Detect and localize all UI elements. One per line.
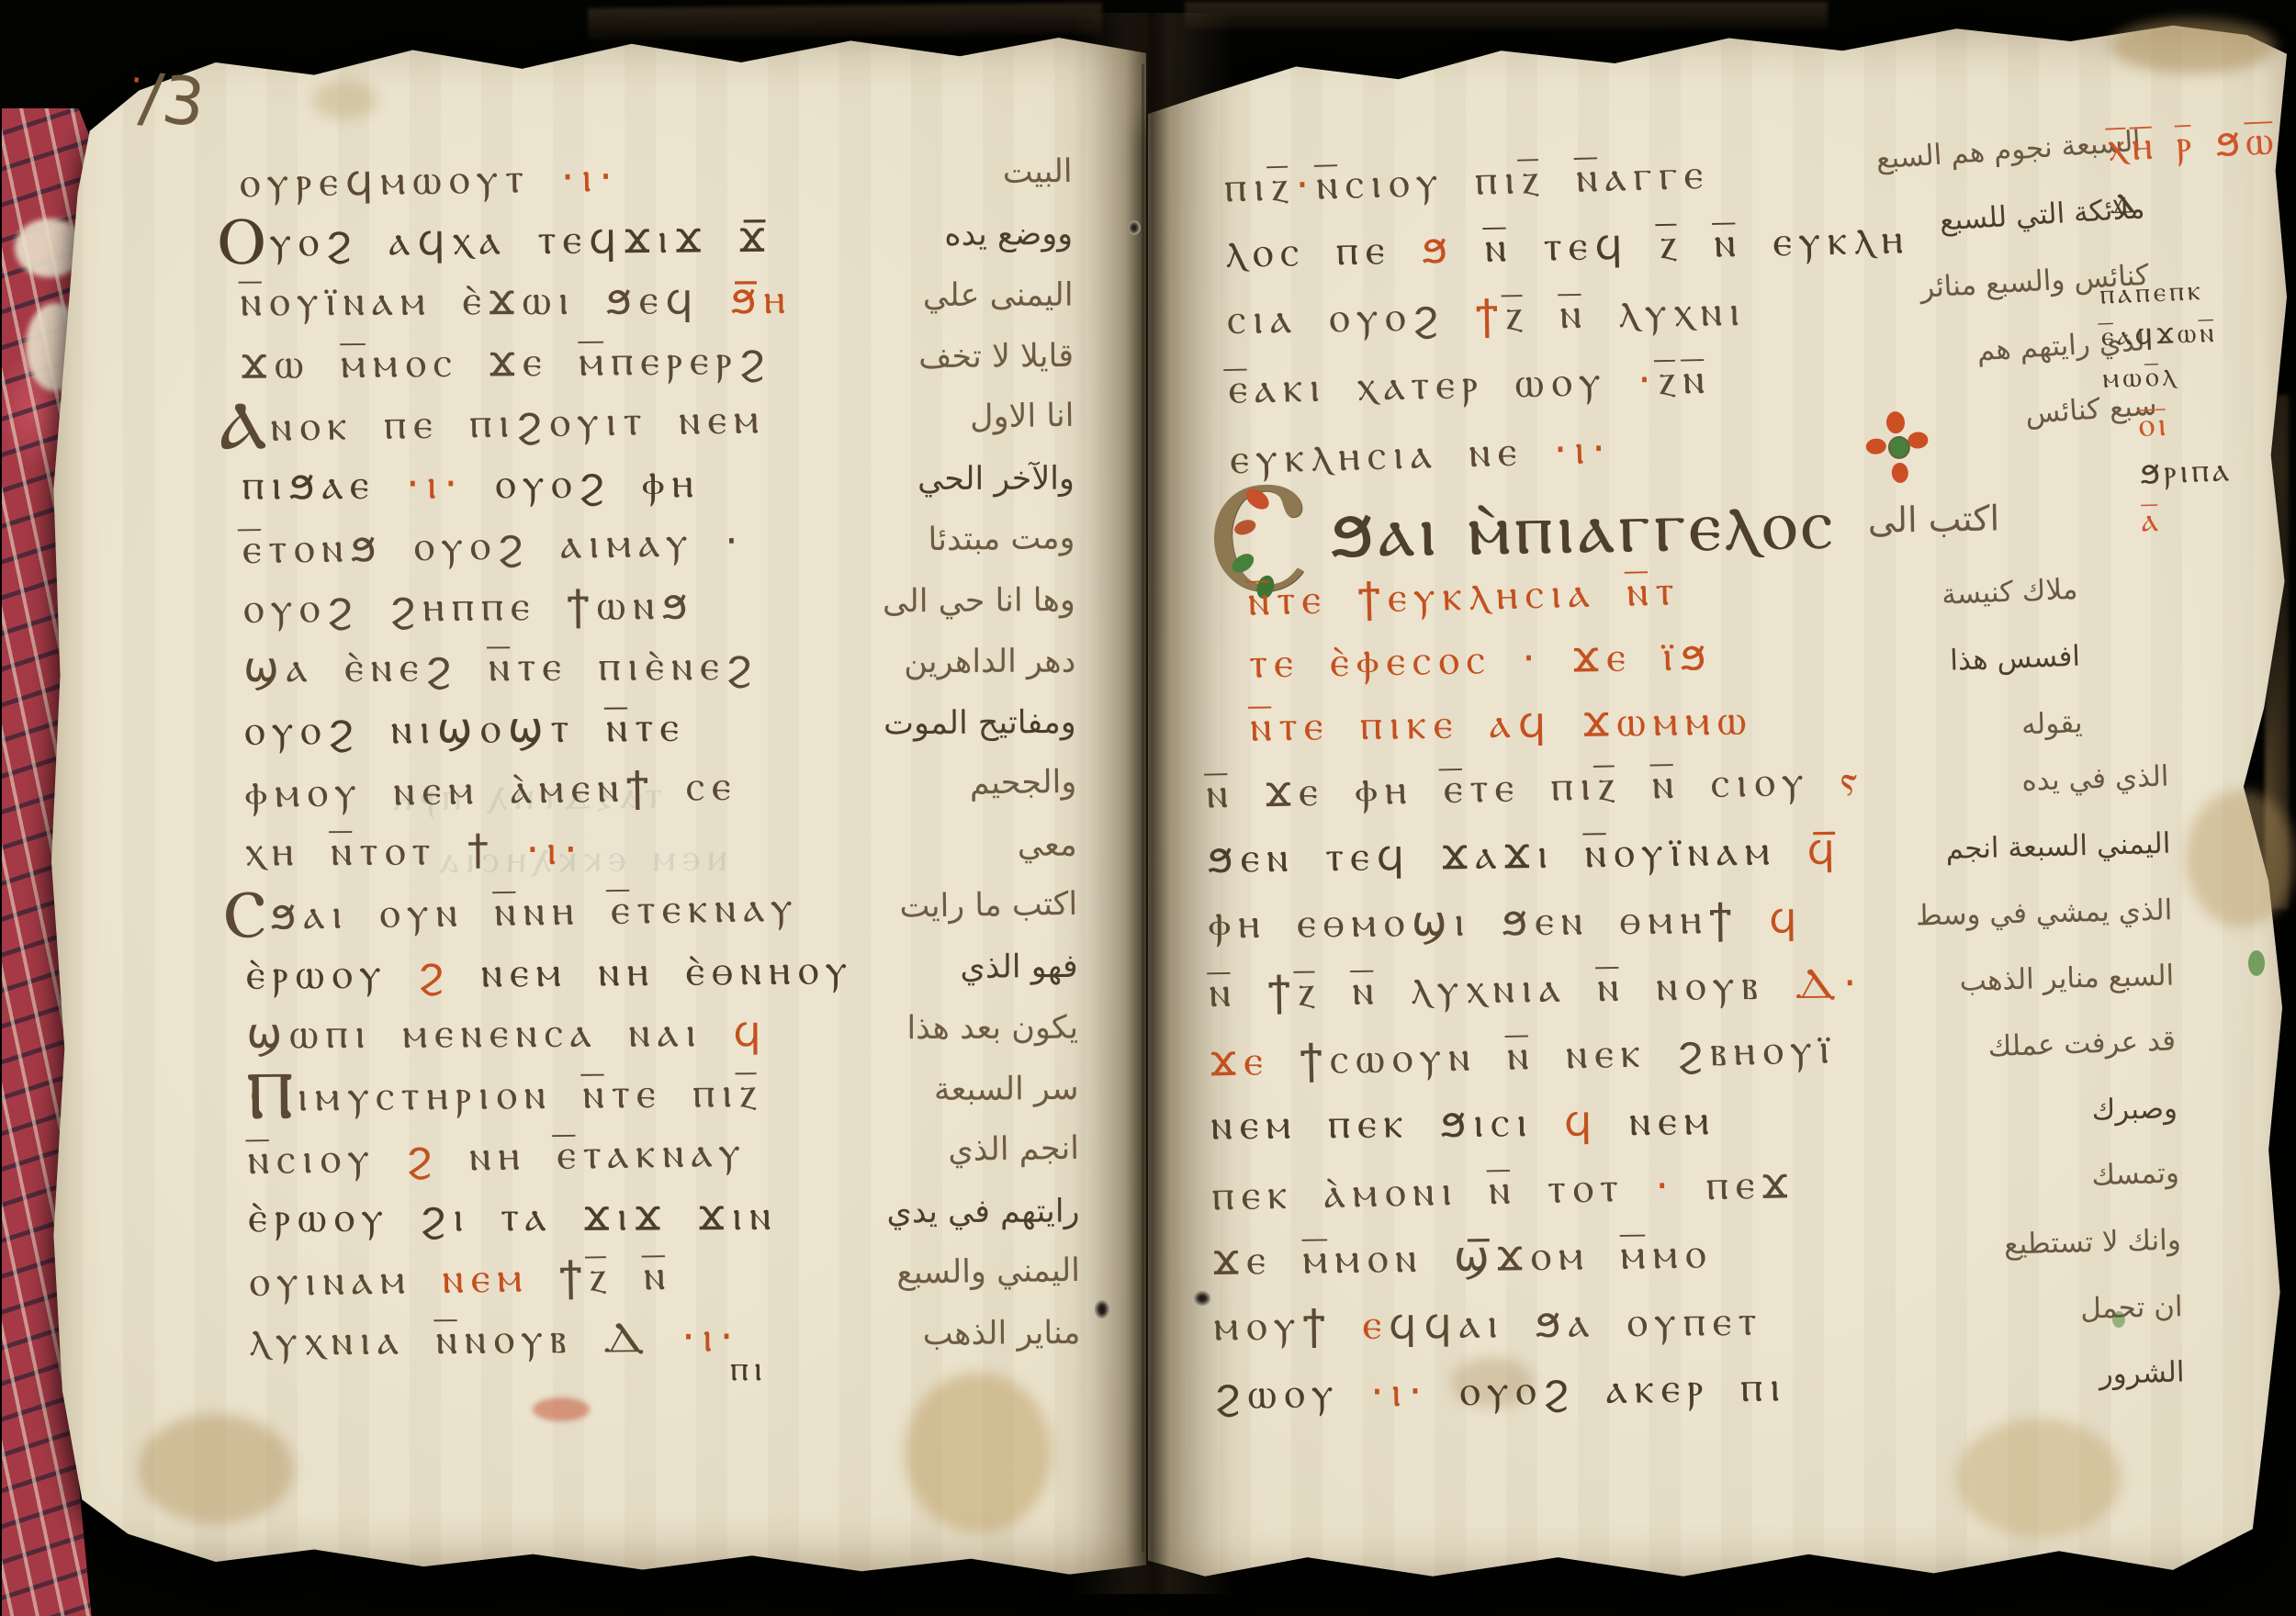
text-line: الذي في يده	[1855, 743, 2169, 819]
text-line: السبع مناير الذهب	[1861, 943, 2175, 1017]
text-line: ϫⲉ ϯⲥⲱⲟⲩⲛ ⲛ̅ ⲛⲉⲕ ϩⲃⲏⲟⲩⲓ̈	[1210, 1015, 1870, 1095]
stain	[1956, 1419, 2122, 1538]
text-line: اليمني والسبع	[798, 1240, 1080, 1306]
text-segment: ⲛⲉⲙ ⲡⲉⲕ ϧⲓⲥⲓ	[1210, 1096, 1564, 1150]
text-segment: ووضع يده	[944, 215, 1073, 252]
text-line: ϣⲱⲡⲓ ⲙⲉⲛⲉⲛⲥⲁ ⲛⲁⲓ ϥ	[246, 1001, 854, 1064]
text-segment: مناير الذهب	[923, 1314, 1081, 1352]
text-line: ⲙⲟⲩϯ ⲉϥϥⲁⲓ ϧⲁ ⲟⲩⲡⲉⲧ	[1213, 1286, 1873, 1360]
text-segment: ϯ	[1475, 289, 1506, 340]
rosette-red-dot	[1865, 438, 1886, 454]
text-line: ⲫⲙⲟⲩ ⲛⲉⲙ ⲁ̀ⲙⲉⲛϯ ⲥⲉ	[244, 753, 853, 824]
text-segment: ⲉ̀ⲣⲱⲟⲩ	[246, 948, 419, 999]
text-segment: ⲛ̅ⲧⲉ ⲡⲓⲕⲉ ⲁϥ ϫⲱⲙⲙⲱ	[1250, 694, 1754, 750]
text-line: ملاك كنيسة	[1796, 556, 2079, 634]
text-segment: ⲛ̅ⲟⲩⲓ̈ⲛⲁⲙ ⲉ̀ϫⲱⲓ ϧⲉϥ	[241, 274, 731, 325]
text-segment: ⲛⲟⲕ ⲡⲉ ⲡⲓϩⲟⲩⲓⲧ ⲛⲉⲙ	[270, 393, 766, 450]
text-line: ϫⲱ ⲙ̅ⲙⲟⲥ ϫⲉ ⲙ̅ⲡⲉⲣⲉⲣϩ	[241, 328, 850, 394]
text-segment: البيت	[1002, 153, 1072, 191]
text-segment: ϥ	[1769, 892, 1805, 942]
text-segment: ملاك كنيسة	[1941, 573, 2078, 612]
text-segment: ϯⲥⲱⲟⲩⲛ ⲛ̅ ⲛⲉⲕ ϩⲃⲏⲟⲩⲓ̈	[1269, 1023, 1837, 1084]
text-segment: ⲙⲱⲟ̅ⲗ	[2102, 360, 2179, 395]
text-line: ⲉ̅ⲁϥϫⲱⲛ̅	[2100, 312, 2218, 358]
text-segment: ⲉ̅ⲁⲕⲓ ⲭⲁⲧⲉⲣ ⲱⲟⲩ	[1228, 354, 1638, 412]
text-segment: ⲟⲩⲟϩ ⲁⲕⲉⲣ ⲡⲓ	[1429, 1361, 1788, 1415]
heading-arabic-text: اكتب الى	[1867, 498, 1999, 540]
text-line: رايتهم في يدي	[798, 1181, 1079, 1242]
text-line: ⲁ̅	[2141, 494, 2235, 544]
text-segment: ·ⲓ·	[496, 824, 585, 873]
text-segment: ⲫⲏ ⲉⲑⲙⲟϣⲓ ϧⲉⲛ ⲑⲙⲏϯ	[1208, 893, 1769, 948]
text-segment: ⲡⲁⲡⲉⲡⲕ	[2099, 275, 2204, 311]
text-line: والآخر الحي	[793, 448, 1075, 510]
margin-notes-black: ⲡⲁⲡⲉⲡⲕⲉ̅ⲁϥϫⲱⲛ̅ⲙⲱⲟ̅ⲗ	[2099, 270, 2220, 400]
text-segment: ϩ	[418, 947, 451, 996]
text-segment: Ⲥ	[223, 875, 271, 953]
text-segment: ⲟⲩⲓⲛⲁⲙ	[249, 1253, 443, 1306]
text-line: قايلا لا تخف	[793, 325, 1074, 388]
text-segment: اليمني السبعة انجم	[1945, 827, 2171, 866]
text-line: ϧⲣⲓⲡⲁ	[2139, 446, 2234, 497]
text-segment: ⲇ	[2109, 175, 2144, 223]
worm-hole	[1194, 1291, 1210, 1306]
text-segment: ⲛⲉⲙ	[442, 1251, 530, 1302]
text-segment: يكون بعد هذا	[906, 1010, 1078, 1047]
text-line: ومفاتيح الموت	[795, 691, 1076, 755]
stain	[2186, 790, 2296, 927]
text-segment: اليمنى علي	[923, 277, 1074, 314]
text-segment: Ⲡ	[245, 1056, 298, 1133]
text-segment: Ⲟ	[218, 201, 270, 278]
text-segment: ⲛⲉⲙ	[1599, 1094, 1716, 1145]
text-segment: ϥϥⲁⲓ ϧⲁ ⲟⲩⲡⲉⲧ	[1389, 1296, 1764, 1349]
text-line: اكتب ما رايت	[796, 874, 1078, 939]
text-line: ϫⲉ ⲙ̅ⲙⲟⲛ ϣ̅ϫⲟⲙ ⲙ̅ⲙⲟ	[1212, 1218, 1872, 1294]
text-segment: ϥ	[1564, 1095, 1600, 1145]
text-segment: انا الاول	[970, 398, 1075, 436]
text-line: ϩⲱⲟⲩ ·ⲓ· ⲟⲩⲟϩ ⲁⲕⲉⲣ ⲡⲓ	[1214, 1352, 1874, 1428]
text-segment: ⲥⲓⲁ ⲟⲩⲟϩ	[1227, 290, 1476, 343]
text-segment: ⲛ̅ ϫⲉ ⲫⲏ ⲉ̅ⲧⲉ ⲡⲓⲍ̅ ⲛ̅ ⲥⲓⲟⲩ	[1206, 755, 1841, 817]
text-segment: والجحيم	[970, 764, 1077, 802]
red-smear	[533, 1397, 590, 1421]
text-line: ⲉ̀ⲣⲱⲟⲩ ϩ ⲛⲉⲙ ⲛⲏ ⲉ̀ⲑⲛⲏⲟⲩ	[246, 938, 855, 1004]
text-line: انجم الذي	[798, 1118, 1080, 1184]
text-segment: والآخر الحي	[917, 460, 1075, 497]
text-segment: ⲡⲉϫ	[1675, 1158, 1795, 1210]
text-segment: Ⲁ	[219, 387, 271, 465]
text-segment: معي	[1018, 826, 1077, 863]
text-line: قد عرفت عملك	[1863, 1007, 2177, 1083]
text-segment: سر السبعة	[934, 1070, 1079, 1107]
text-line: ⲛ̅ⲧⲉ ϯⲉⲩⲕⲗⲏⲥⲓⲁ ⲛ̅ⲧ	[1247, 555, 1752, 632]
text-line: ⲭ̅ⲏ̅ ⲣ̅ ϧⲱ̅	[2107, 114, 2279, 174]
text-segment: ⲧⲉ ⲉ̀ⲫⲉⲥⲟⲥ · ϫⲉ ⲓ̈ϧ	[1249, 630, 1714, 688]
rubric-text: ⲛ̅ⲧⲉ ϯⲉⲩⲕⲗⲏⲥⲓⲁ ⲛ̅ⲧⲧⲉ ⲉ̀ⲫⲉⲥⲟⲥ · ϫⲉ ⲓ̈ϧⲛ̅ⲧ…	[1247, 557, 1754, 759]
text-line: الشرور	[1872, 1339, 2186, 1413]
text-segment: وها انا حي الى	[883, 581, 1075, 619]
folio-number: ·∕3	[124, 56, 208, 141]
manuscript-photo: ⲧⲁⲝⲇⲧⲏⲗ ⲡⲣⲏ ⲛⲉⲙ ⲉⲕⲕⲗⲏⲥⲓⲁ ·∕3 ⲟⲩⲣⲉϥⲙⲱⲟⲩⲧ …	[0, 0, 2296, 1616]
text-segment: ⲟⲩⲟϩ ⲛⲓϣⲟϣⲧ ⲛ̅ⲧⲉ	[243, 701, 686, 754]
text-line: ⲟ̅ⲓ̅	[2137, 398, 2232, 450]
text-line: ⲛ̅ ϯⲍ̅ ⲛ̅ ⲗⲩⲭⲛⲓⲁ ⲛ̅ ⲛⲟⲩⲃ Ⲇ·	[1209, 949, 1868, 1026]
text-segment: اكتب ما رايت	[899, 886, 1077, 926]
text-segment: ϧⲣⲓⲡⲁ	[2139, 451, 2233, 492]
text-segment: قايلا لا تخف	[918, 337, 1074, 375]
text-line: ϧⲉⲛ ⲧⲉϥ ϫⲁϫⲓ ⲛ̅ⲟⲩⲓ̈ⲛⲁⲙ ϥ̅	[1207, 815, 1866, 892]
text-segment: ⲟ̅ⲓ̅	[2137, 406, 2170, 444]
text-segment: ⲛ̅ⲥⲓⲟⲩ ⲡⲓⲍ̅ ⲛ̅ⲁⲅⲅⲉ	[1316, 149, 1711, 209]
text-segment: ϩ	[406, 1131, 440, 1182]
text-segment: ·ⲓ·	[1370, 1366, 1430, 1417]
text-segment: Ⲇ·	[1795, 958, 1864, 1008]
text-line: ومت مبتدئا	[793, 508, 1075, 573]
text-segment: ·	[1295, 160, 1317, 210]
text-line: ⲟⲩⲣⲉϥⲙⲱⲟⲩⲧ ·ⲓ·	[239, 142, 848, 213]
text-line: ⲛ̅ ϫⲉ ⲫⲏ ⲉ̅ⲧⲉ ⲡⲓⲍ̅ ⲛ̅ ⲥⲓⲟⲩ ⲋ	[1206, 746, 1866, 827]
text-segment: الذي يمشي في وسط	[1916, 893, 2173, 932]
text-segment: انجم الذي	[948, 1130, 1079, 1169]
green-speck	[2248, 950, 2265, 976]
text-segment: ·ⲓ·	[531, 151, 621, 203]
text-segment: ⲛⲉⲙ ⲛⲏ ⲉ̀ⲑⲛⲏⲟⲩ	[451, 944, 854, 997]
text-segment: ⲉ̅ⲧⲟⲛϧ ⲟⲩⲟϩ ⲁⲓⲙⲁⲩ ·	[242, 516, 747, 574]
text-line: اليمنى علي	[792, 265, 1073, 327]
stain	[312, 81, 377, 119]
text-line: Ⲁⲛⲟⲕ ⲡⲉ ⲡⲓϩⲟⲩⲓⲧ ⲛⲉⲙ	[241, 387, 850, 457]
text-segment: قد عرفت عملك	[1987, 1024, 2177, 1063]
text-segment: ⲛ̅ⲧⲉ ϯⲉⲩⲕⲗⲏⲥⲓⲁ ⲛ̅ⲧ	[1247, 565, 1682, 625]
text-segment: وصبرك	[2091, 1092, 2178, 1127]
text-segment: ⲙⲟⲩϯ	[1213, 1299, 1363, 1351]
text-segment: ·	[1638, 354, 1660, 404]
text-segment: يقوله	[2021, 706, 2083, 741]
text-segment: ϫⲱ ⲙ̅ⲙⲟⲥ ϫⲉ ⲙ̅ⲡⲉⲣⲉⲣϩ	[241, 333, 772, 387]
text-line: ⲡⲉⲕ ⲁ̀ⲙⲟⲛⲓ ⲛ̅ ⲧⲟⲧ · ⲡⲉϫ	[1211, 1148, 1872, 1229]
stain	[138, 1414, 294, 1524]
text-segment: ⲟⲩⲟϩ ϩⲏⲡⲡⲉ ϯⲱⲛϧ	[242, 578, 695, 632]
text-segment: ⲉ̅ⲁϥϫⲱⲛ̅	[2100, 317, 2218, 353]
text-segment: ·ⲓ·	[651, 1311, 740, 1362]
text-segment: ومت مبتدئا	[928, 520, 1075, 558]
text-segment: ⲁ̅	[2141, 501, 2162, 540]
text-line: ⲉ̀ⲣⲱⲟⲩ ϩⲓ ⲧⲁ ϫⲓϫ ϫⲓⲛ	[248, 1184, 856, 1247]
text-segment: ⲉ	[1362, 1299, 1389, 1349]
text-line: دهر الداهرين	[794, 632, 1075, 693]
text-segment: ومفاتيح الموت	[884, 703, 1076, 741]
text-line: ⲟⲩⲓⲛⲁⲙ ⲛⲉⲙ ϯⲍ̅ ⲛ̅	[248, 1241, 857, 1312]
catchword: ⲡⲓ	[730, 1348, 768, 1389]
text-segment: الشرور	[2099, 1355, 2185, 1390]
text-segment: ·	[1655, 1161, 1677, 1210]
text-segment: ϧ̅ⲏ	[730, 274, 793, 323]
text-line: ⲭⲏ ⲛ̅ⲧⲟⲧ † ·ⲓ·	[245, 817, 853, 881]
text-line: معي	[796, 814, 1077, 876]
text-segment: ⲛ̅ⲥⲓⲟⲩ	[247, 1131, 407, 1184]
left-coptic-text: ⲟⲩⲣⲉϥⲙⲱⲟⲩⲧ ·ⲓ·Ⲟⲩⲟϩ ⲁϥⲭⲁ ⲧⲉϥϫⲓϫ ϫ̅ⲛ̅ⲟⲩⲓ̈ⲛ…	[239, 144, 858, 1371]
text-line: وانك لا تستطيع	[1868, 1207, 2182, 1282]
text-line: ⲡⲓϧⲁⲉ ·ⲓ· ⲟⲩⲟϩ ⲫⲏ	[242, 451, 850, 514]
text-segment: الذي في يده	[2021, 759, 2169, 797]
rosette-red-dot	[1908, 432, 1929, 449]
text-line: Ⲟⲩⲟϩ ⲁϥⲭⲁ ⲧⲉϥϫⲓϫ ϫ̅	[240, 206, 849, 272]
text-line: البيت	[791, 141, 1073, 207]
text-segment: السبعة نجوم هم السبع	[1875, 125, 2142, 176]
text-segment: ⲗⲩⲭⲛⲓⲁ ⲛ̅ⲛⲟⲩⲃ Ⲇ	[249, 1312, 652, 1365]
text-segment: ϥ	[733, 1006, 769, 1056]
stain	[2110, 18, 2276, 73]
text-line: ⲇ	[2109, 168, 2281, 227]
text-segment: ϫⲉ ⲙ̅ⲙⲟⲛ ϣ̅ϫⲟⲙ ⲙ̅ⲙⲟ	[1212, 1228, 1713, 1285]
text-line: ⲛ̅ⲥⲓⲟⲩ ϩ ⲛⲏ ⲉ̅ⲧⲁⲕⲛⲁⲩ	[247, 1119, 856, 1190]
text-segment: افسس هذا	[1950, 640, 2081, 678]
text-segment: ·ⲓ·	[406, 458, 465, 508]
text-segment: وانك لا تستطيع	[2004, 1223, 2182, 1261]
text-segment: فهو الذي	[960, 948, 1078, 985]
text-segment: ϥ̅	[1806, 824, 1842, 874]
text-line: يكون بعد هذا	[797, 998, 1078, 1060]
text-line: اليمني السبعة انجم	[1858, 811, 2172, 885]
text-line: فهو الذي	[796, 936, 1077, 999]
text-segment: ⲭ̅ⲏ̅ ⲣ̅ ϧⲱ̅	[2107, 117, 2279, 171]
worm-hole	[1128, 220, 1141, 235]
text-segment: وتمسك	[2091, 1156, 2179, 1192]
text-segment: ⲭⲏ ⲛ̅ⲧⲟⲧ †	[245, 825, 496, 875]
text-segment: ϣⲁ ⲉ̀ⲛⲉϩ ⲛ̅ⲧⲉ ⲡⲓⲉ̀ⲛⲉϩ	[243, 640, 760, 691]
left-arabic-text: البيتووضع يدهاليمنى عليقايلا لا تخفانا ا…	[791, 142, 1080, 1365]
text-segment: ان تحمل	[2080, 1290, 2183, 1325]
text-line: ⲥⲓⲁ ⲟⲩⲟϩ ϯⲍ̅ ⲛ̅ ⲗⲩⲭⲛⲓ	[1226, 274, 1912, 353]
text-line: وتمسك	[1866, 1139, 2180, 1216]
text-segment: ⲓⲙⲩⲥⲧⲏⲣⲓⲟⲛ ⲛ̅ⲧⲉ ⲡⲓⲍ̅	[298, 1066, 764, 1119]
text-segment: ⲡⲓϧⲁⲉ	[242, 458, 406, 509]
text-segment: ⲍ̅ⲛ̅	[1658, 353, 1712, 404]
text-segment: ⲩⲟϩ ⲁϥⲭⲁ ⲧⲉϥϫⲓϫ ϫ̅	[269, 211, 772, 265]
text-line: ⲡⲁⲡⲉⲡⲕ	[2099, 269, 2216, 316]
stain	[905, 1373, 1052, 1533]
text-line: ⲟⲩⲟϩ ⲛⲓϣⲟϣⲧ ⲛ̅ⲧⲉ	[243, 694, 852, 760]
text-segment: السبع مناير الذهب	[1959, 959, 2174, 998]
text-line: ⲟⲩⲟϩ ϩⲏⲡⲡⲉ ϯⲱⲛϧ	[242, 572, 851, 638]
text-line: ⲉ̅ⲧⲟⲛϧ ⲟⲩⲟϩ ⲁⲓⲙⲁⲩ ·	[242, 509, 850, 579]
body-arabic-text: الذي في يدهاليمني السبعة انجمالذي يمشي ف…	[1856, 745, 2186, 1414]
text-segment: ϧⲁⲓ ⲟⲩⲛ ⲛ̅ⲛⲏ ⲉ̅ⲧⲉⲕⲛⲁⲩ	[270, 881, 800, 939]
text-segment: ⲫⲙⲟⲩ ⲛⲉⲙ ⲁ̀ⲙⲉⲛϯ ⲥⲉ	[244, 760, 738, 817]
text-line: انا الاول	[793, 386, 1075, 451]
text-segment: ϯⲍ̅ ⲛ̅	[529, 1250, 673, 1301]
text-segment: ⲡⲉⲕ ⲁ̀ⲙⲟⲛⲓ ⲛ̅ ⲧⲟⲧ	[1211, 1161, 1656, 1219]
text-line: ⲧⲉ ⲉ̀ⲫⲉⲥⲟⲥ · ϫⲉ ⲓ̈ϧ	[1248, 622, 1752, 695]
text-line: ⲛ̅ⲧⲉ ⲡⲓⲕⲉ ⲁϥ ϫⲱⲙⲙⲱ	[1250, 687, 1754, 757]
text-line: ⲛ̅ⲟⲩⲓ̈ⲛⲁⲙ ⲉ̀ϫⲱⲓ ϧⲉϥ ϧ̅ⲏ	[241, 268, 849, 331]
text-line: ϣⲁ ⲉ̀ⲛⲉϩ ⲛ̅ⲧⲉ ⲡⲓⲉ̀ⲛⲉϩ	[243, 634, 851, 698]
rubric-arabic-text: ملاك كنيسةافسس هذايقوله	[1796, 557, 2083, 766]
text-segment: رايتهم في يدي	[886, 1193, 1079, 1230]
text-line: ان تحمل	[1870, 1274, 2183, 1346]
text-segment: ϧⲉⲛ ⲧⲉϥ ϫⲁϫⲓ ⲛ̅ⲟⲩⲓ̈ⲛⲁⲙ	[1207, 825, 1807, 882]
text-segment: ϧ	[1421, 223, 1455, 274]
text-segment: ⲗⲟⲥ ⲡⲉ	[1225, 223, 1422, 276]
text-segment: ⲛⲏ ⲉ̅ⲧⲁⲕⲛⲁⲩ	[439, 1127, 748, 1181]
text-segment: ⲛ̅ ϯⲍ̅ ⲛ̅ ⲗⲩⲭⲛⲓⲁ ⲛ̅ ⲛⲟⲩⲃ	[1209, 959, 1795, 1016]
text-segment: ⲟⲩⲟϩ ⲫⲏ	[465, 457, 701, 508]
gutter-fold-line	[1142, 64, 1144, 1552]
margin-notes-red-bottom: ⲟ̅ⲓ̅ϧⲣⲓⲡⲁⲁ̅	[2137, 398, 2234, 544]
text-line: ⲛⲉⲙ ⲡⲉⲕ ϧⲓⲥⲓ ϥ ⲛⲉⲙ	[1210, 1085, 1870, 1159]
text-segment: ⲟⲩⲣⲉϥⲙⲱⲟⲩⲧ	[239, 152, 531, 207]
text-line: ⲫⲏ ⲉⲑⲙⲟϣⲓ ϧⲉⲛ ⲑⲙⲏϯ ϥ	[1208, 884, 1867, 958]
rosette-red-dot	[1885, 410, 1906, 433]
text-segment: ⲍ̅ ⲛ̅ ⲗⲩⲭⲛⲓ	[1505, 286, 1748, 339]
text-line: الذي يمشي في وسط	[1860, 877, 2173, 949]
text-segment: ⲡⲓⲍ̅	[1223, 160, 1296, 211]
text-segment: اليمني والسبع	[896, 1252, 1080, 1292]
text-segment: ⲉ̀ⲣⲱⲟⲩ ϩⲓ ⲧⲁ ϫⲓϫ ϫⲓⲛ	[248, 1189, 778, 1241]
text-segment: دهر الداهرين	[904, 644, 1075, 680]
text-segment: ϣⲱⲡⲓ ⲙⲉⲛⲉⲛⲥⲁ ⲛⲁⲓ	[246, 1006, 733, 1058]
text-line: ·Ⲡⲓⲙⲩⲥⲧⲏⲣⲓⲟⲛ ⲛ̅ⲧⲉ ⲡⲓⲍ̅	[247, 1060, 856, 1127]
text-line: Ⲥϧⲁⲓ ⲟⲩⲛ ⲛ̅ⲛⲏ ⲉ̅ⲧⲉⲕⲛⲁⲩ	[245, 875, 854, 946]
body-coptic-text: ⲛ̅ ϫⲉ ⲫⲏ ⲉ̅ⲧⲉ ⲡⲓⲍ̅ ⲛ̅ ⲥⲓⲟⲩ ⲋϧⲉⲛ ⲧⲉϥ ϫⲁϫⲓ…	[1206, 748, 1874, 1428]
margin-notes-red-top: ⲭ̅ⲏ̅ ⲣ̅ ϧⲱ̅ⲇ	[2107, 115, 2281, 227]
worm-hole	[1095, 1300, 1109, 1319]
text-segment: ϫⲉ	[1210, 1035, 1270, 1085]
text-line: وصبرك	[1864, 1075, 2178, 1148]
text-line: والجحيم	[795, 752, 1077, 817]
text-line: وها انا حي الى	[794, 569, 1075, 633]
text-segment: ϩⲱⲟⲩ	[1214, 1367, 1370, 1419]
text-line: سر السبعة	[797, 1058, 1078, 1121]
text-line: ⲙⲱⲟ̅ⲗ	[2102, 354, 2220, 400]
text-line: افسس هذا	[1799, 623, 2081, 700]
text-line: مناير الذهب	[799, 1302, 1080, 1365]
text-line: ووضع يده	[792, 203, 1073, 266]
